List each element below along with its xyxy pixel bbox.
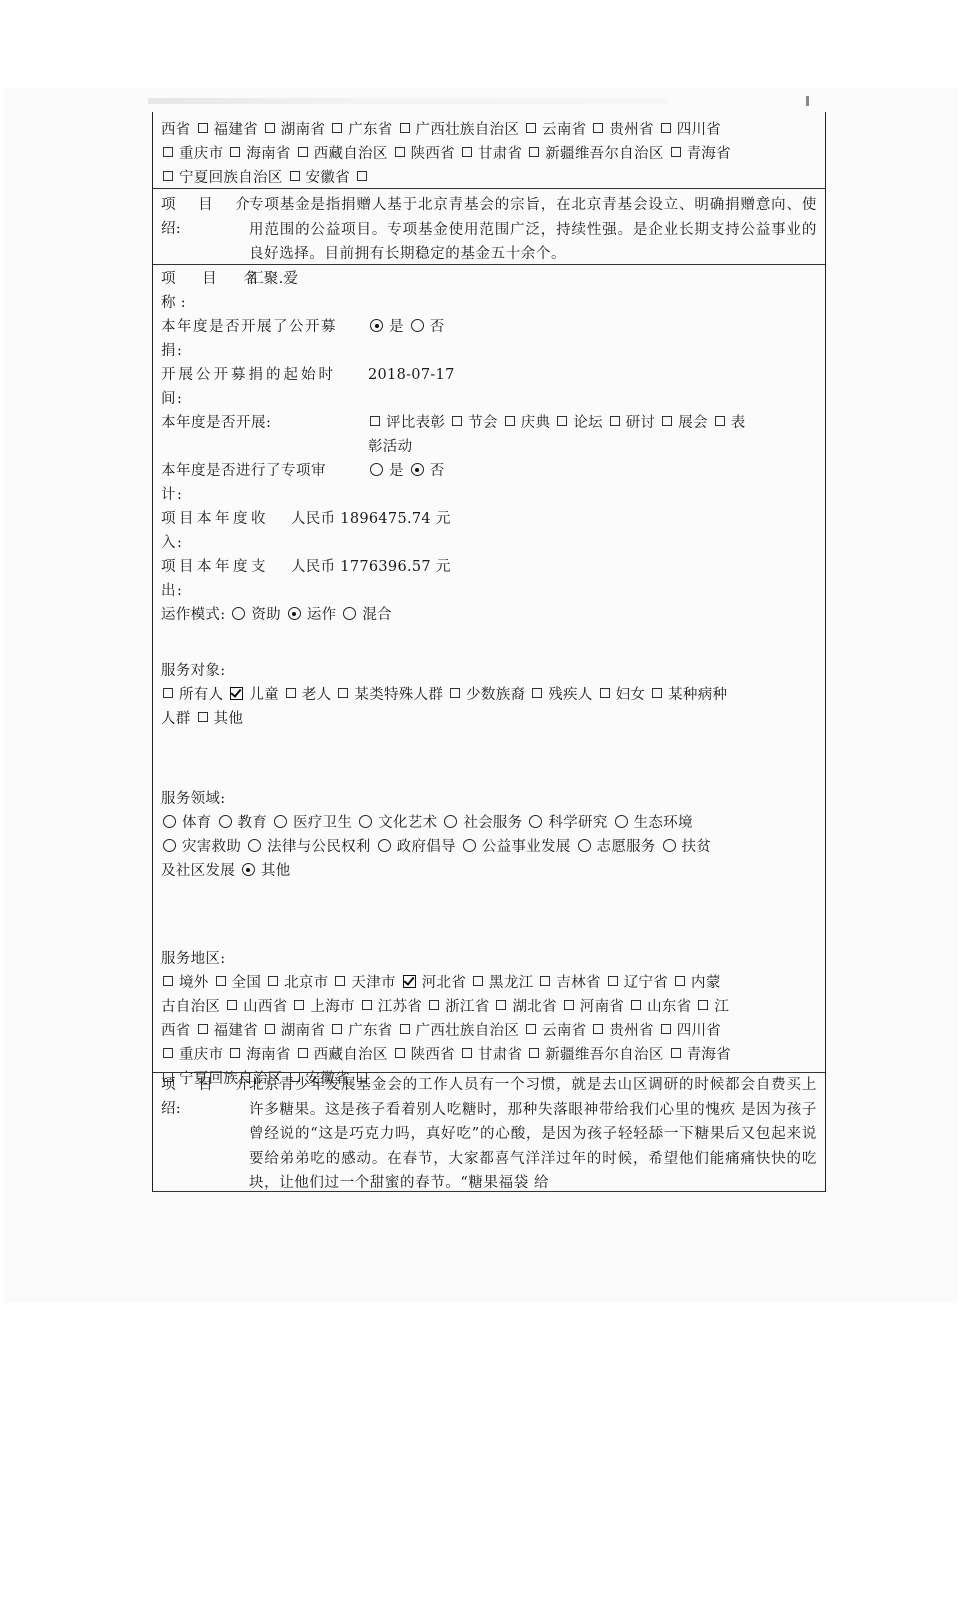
radio-empty-icon[interactable] — [663, 839, 676, 852]
checkbox-empty-icon[interactable] — [557, 416, 567, 426]
option-label: 境外 — [179, 975, 209, 991]
checkbox-empty-icon[interactable] — [593, 123, 603, 133]
checkbox-empty-icon[interactable] — [631, 1000, 641, 1010]
option-label: 展会 — [678, 415, 708, 431]
radio-selected-icon[interactable] — [242, 863, 255, 876]
option-label: 山东省 — [647, 999, 691, 1015]
checkbox-option[interactable]: 妇女 — [598, 687, 651, 703]
checkbox-option[interactable]: 新疆维吾尔自治区 — [527, 146, 668, 162]
option-label: 公益事业发展 — [482, 839, 571, 855]
fundraising-start-value: 2018-07-17 — [368, 363, 817, 387]
checkbox-option[interactable]: 湖南省 — [263, 1023, 330, 1039]
public-fundraising-label-cont: 捐: — [161, 339, 361, 363]
option-label: 广东省 — [348, 122, 392, 138]
option-label: 妇女 — [616, 687, 646, 703]
radio-empty-icon[interactable] — [370, 463, 383, 476]
checkbox-empty-icon[interactable] — [395, 147, 405, 157]
checkbox-empty-icon[interactable] — [462, 147, 472, 157]
project-name-label: 项 目 名 — [161, 267, 253, 291]
intro-label: 项 目 介 — [161, 193, 253, 217]
radio-option[interactable]: 灾害救助 — [161, 839, 246, 855]
option-label: 医疗卫生 — [293, 815, 352, 831]
radio-option[interactable]: 生态环境 — [613, 815, 693, 831]
option-label: 海南省 — [246, 146, 290, 162]
checkbox-empty-icon[interactable] — [163, 1048, 173, 1058]
option-label: 江苏省 — [378, 999, 422, 1015]
checkbox-empty-icon[interactable] — [661, 123, 671, 133]
option-label: 黑龙江 — [489, 975, 533, 991]
wrapped-text: 西省 — [161, 1023, 196, 1039]
checkbox-empty-icon[interactable] — [286, 688, 296, 698]
option-label: 古自治区 — [161, 999, 220, 1015]
checkbox-option[interactable]: 所有人 — [161, 687, 228, 703]
beneficiaries-options-cont: 人群 其他 — [161, 707, 817, 731]
option-label: 新疆维吾尔自治区 — [545, 146, 663, 162]
service-fields-other: 其他 — [240, 863, 291, 879]
wrapped-text: 西省 — [161, 122, 196, 138]
radio-option[interactable]: 志愿服务 — [576, 839, 661, 855]
checkbox-option[interactable]: 儿童 — [228, 687, 284, 703]
radio-empty-icon[interactable] — [444, 815, 457, 828]
radio-option[interactable]: 法律与公民权利 — [246, 839, 376, 855]
operation-mode: 运作模式: 资助 运作 混合 — [161, 603, 817, 627]
option-label: 陕西省 — [411, 146, 455, 162]
radio-empty-icon[interactable] — [274, 815, 287, 828]
option-label: 浙江省 — [445, 999, 489, 1015]
checkbox-option[interactable]: 老人 — [284, 687, 337, 703]
checkbox-empty-icon[interactable] — [452, 416, 462, 426]
option-label: 四川省 — [677, 1023, 721, 1039]
option-label: 运作 — [307, 607, 337, 623]
checkbox-empty-icon[interactable] — [462, 1048, 472, 1058]
option-label: 所有人 — [179, 687, 223, 703]
project-info-table: 西省 福建省 湖南省 广东省 广西壮族自治区 云南省 贵州省 四川省 重庆市 海… — [152, 112, 826, 1192]
checkbox-empty-icon[interactable] — [496, 1000, 506, 1010]
radio-empty-icon[interactable] — [529, 815, 542, 828]
checkbox-empty-icon[interactable] — [230, 147, 240, 157]
checkbox-empty-icon[interactable] — [400, 1024, 410, 1034]
checkbox-empty-icon[interactable] — [298, 147, 308, 157]
operation-mode-label: 运作模式: — [161, 607, 225, 623]
radio-option[interactable]: 教育 — [217, 815, 273, 831]
public-fundraising-options: 是 否 — [368, 315, 817, 339]
wrapped-text: 古自治区 — [161, 999, 225, 1015]
radio-empty-icon[interactable] — [219, 815, 232, 828]
option-label: 庆典 — [521, 415, 551, 431]
option-label: 灾害救助 — [182, 839, 241, 855]
option-label: 上海市 — [310, 999, 354, 1015]
special-audit-label-cont: 计: — [161, 483, 361, 507]
region-line: 宁夏回族自治区 安徽省 — [161, 166, 817, 190]
checkbox-empty-icon[interactable] — [450, 688, 460, 698]
checkbox-empty-icon[interactable] — [715, 416, 725, 426]
option-label: 宁夏回族自治区 — [179, 170, 283, 186]
checkbox-empty-icon[interactable] — [227, 1000, 237, 1010]
checkbox-empty-icon[interactable] — [268, 976, 278, 986]
checkbox-empty-icon[interactable] — [564, 1000, 574, 1010]
checkbox-option[interactable]: 贵州省 — [591, 122, 658, 138]
checkbox-empty-icon[interactable] — [362, 1000, 372, 1010]
radio-selected-icon[interactable] — [411, 463, 424, 476]
checkbox-option[interactable]: 广西壮族自治区 — [398, 1023, 525, 1039]
beneficiaries-options: 所有人 儿童 老人 某类特殊人群 少数族裔 残疾人 妇女 某种病种 — [161, 683, 817, 707]
checkbox-option[interactable]: 某类特殊人群 — [336, 687, 448, 703]
project-intro-row: 项 目 介 绍: 专项基金是指捐赠人基于北京青基会的宗旨，在北京青基会设立、明确… — [153, 188, 825, 264]
option-label: 云南省 — [542, 122, 586, 138]
checkbox-option[interactable]: 研讨 — [608, 415, 661, 431]
checkbox-empty-icon[interactable] — [429, 1000, 439, 1010]
option-label: 节会 — [468, 415, 498, 431]
checkbox-option[interactable]: 福建省 — [196, 1023, 263, 1039]
option-label: 贵州省 — [609, 122, 653, 138]
option-label: 儿童 — [249, 687, 279, 703]
option-label: 评比表彰 — [386, 415, 445, 431]
option-label: 否 — [430, 319, 445, 335]
checkbox-empty-icon[interactable] — [662, 416, 672, 426]
option-label: 扶贫 — [682, 839, 712, 855]
option-label: 表 — [731, 415, 746, 431]
option-label: 广东省 — [348, 1023, 392, 1039]
checkbox-option[interactable]: 青海省 — [669, 1047, 731, 1063]
region-line: 重庆市 海南省 西藏自治区 陕西省 甘肃省 新疆维吾尔自治区 青海省 — [161, 142, 817, 166]
checkbox-option[interactable]: 某种病种 — [650, 687, 727, 703]
option-label: 内蒙 — [691, 975, 721, 991]
option-label: 安徽省 — [306, 170, 350, 186]
radio-empty-icon[interactable] — [411, 319, 424, 332]
radio-empty-icon[interactable] — [163, 839, 176, 852]
checkbox-empty-icon[interactable] — [265, 1024, 275, 1034]
region-line: 境外 全国 北京市 天津市 河北省 黑龙江 吉林省 辽宁省 内蒙 — [161, 971, 817, 995]
option-label: 是 — [389, 319, 404, 335]
checkbox-empty-icon[interactable] — [529, 147, 539, 157]
checkbox-empty-icon[interactable] — [198, 712, 208, 722]
checkbox-empty-icon[interactable] — [600, 688, 610, 698]
operation-mode-options: 资助 运作 混合 — [230, 607, 392, 623]
option-label: 少数族裔 — [466, 687, 525, 703]
checkbox-option[interactable]: 山东省 — [629, 999, 696, 1015]
option-label: 甘肃省 — [478, 1047, 522, 1063]
checkbox-empty-icon[interactable] — [265, 123, 275, 133]
checkbox-option[interactable]: 表 — [713, 415, 746, 431]
checkbox-option[interactable]: 山西省 — [225, 999, 292, 1015]
option-label: 某类特殊人群 — [354, 687, 443, 703]
project-name-label-cont: 称 : — [161, 291, 253, 315]
checkbox-option[interactable]: 北京市 — [266, 975, 333, 991]
intro-label: 项 目 介 — [161, 1073, 253, 1097]
region-line: 西省 福建省 湖南省 广东省 广西壮族自治区 云南省 贵州省 四川省 — [161, 1019, 817, 1043]
radio-option[interactable]: 医疗卫生 — [272, 815, 357, 831]
checkbox-empty-icon[interactable] — [400, 123, 410, 133]
checkbox-option[interactable]: 云南省 — [524, 1023, 591, 1039]
checkbox-empty-icon[interactable] — [610, 416, 620, 426]
option-label: 西藏自治区 — [314, 146, 388, 162]
radio-empty-icon[interactable] — [232, 607, 245, 620]
radio-empty-icon[interactable] — [163, 815, 176, 828]
checkbox-empty-icon[interactable] — [198, 1024, 208, 1034]
project-details-row: 项 目 名 汇聚.爱 称 : 本年度是否开展了公开募 是 否 捐: 开展公开募捐… — [153, 264, 825, 1072]
option-label: 法律与公民权利 — [267, 839, 371, 855]
beneficiaries-label: 服务对象: — [161, 659, 817, 683]
checkbox-checked-icon[interactable] — [230, 687, 243, 700]
checkbox-empty-icon[interactable] — [163, 147, 173, 157]
checkbox-option[interactable]: 甘肃省 — [460, 146, 527, 162]
checkbox-option[interactable]: 甘肃省 — [460, 1047, 527, 1063]
checkbox-empty-icon[interactable] — [671, 147, 681, 157]
checkbox-option[interactable]: 全国 — [214, 975, 267, 991]
option-label: 生态环境 — [634, 815, 693, 831]
option-label: 政府倡导 — [397, 839, 456, 855]
checkbox-option[interactable]: 重庆市 — [161, 1047, 228, 1063]
checkbox-empty-icon[interactable] — [230, 1048, 240, 1058]
radio-option[interactable]: 资助 — [230, 607, 286, 623]
radio-option[interactable]: 否 — [409, 319, 445, 335]
radio-option[interactable]: 政府倡导 — [376, 839, 461, 855]
checkbox-empty-icon[interactable] — [163, 688, 173, 698]
checkbox-empty-icon[interactable] — [294, 1000, 304, 1010]
checkbox-option[interactable]: 云南省 — [524, 122, 591, 138]
option-label: 残疾人 — [548, 687, 592, 703]
checkbox-option[interactable]: 江 — [696, 999, 729, 1015]
checkbox-option[interactable]: 境外 — [161, 975, 214, 991]
checkbox-option[interactable]: 海南省 — [228, 1047, 295, 1063]
option-label: 重庆市 — [179, 1047, 223, 1063]
checkbox-option[interactable]: 安徽省 — [288, 170, 355, 186]
region-continuation-row: 西省 福建省 湖南省 广东省 广西壮族自治区 云南省 贵州省 四川省 重庆市 海… — [153, 112, 825, 188]
radio-option[interactable]: 运作 — [286, 607, 342, 623]
checkbox-option[interactable]: 评比表彰 — [368, 415, 450, 431]
service-fields-wrap-text: 及社区发展 — [161, 863, 235, 879]
checkbox-empty-icon[interactable] — [529, 1048, 539, 1058]
option-label: 河北省 — [422, 975, 466, 991]
checkbox-empty-icon[interactable] — [198, 123, 208, 133]
checkbox-option[interactable]: 吉林省 — [538, 975, 605, 991]
annual-expense-label-cont: 出: — [161, 579, 361, 603]
annual-income-label-cont: 入: — [161, 531, 361, 555]
radio-option[interactable]: 体育 — [161, 815, 217, 831]
checkbox-empty-icon[interactable] — [675, 976, 685, 986]
checkbox-empty-icon[interactable] — [593, 1024, 603, 1034]
checkbox-empty-icon[interactable] — [698, 1000, 708, 1010]
option-label: 西省 — [161, 1023, 191, 1039]
option-label: 老人 — [302, 687, 332, 703]
checkbox-empty-icon[interactable] — [526, 1024, 536, 1034]
checkbox-option[interactable]: 辽宁省 — [606, 975, 673, 991]
checkbox-empty-icon[interactable] — [338, 688, 348, 698]
checkbox-option[interactable]: 湖北省 — [494, 999, 561, 1015]
checkbox-empty-icon[interactable] — [163, 976, 173, 986]
scan-artifact-mark — [806, 96, 809, 106]
checkbox-option[interactable]: 湖南省 — [263, 122, 330, 138]
checkbox-empty-icon[interactable] — [332, 1024, 342, 1034]
option-label: 否 — [430, 463, 445, 479]
option-label: 广西壮族自治区 — [416, 1023, 520, 1039]
checkbox-option[interactable]: 江苏省 — [360, 999, 427, 1015]
service-fields-options: 体育 教育 医疗卫生 文化艺术 社会服务 科学研究 生态环境 — [161, 811, 817, 835]
checkbox-empty-icon[interactable] — [370, 416, 380, 426]
radio-empty-icon[interactable] — [343, 607, 356, 620]
radio-option[interactable]: 公益事业发展 — [461, 839, 576, 855]
radio-option[interactable]: 社会服务 — [442, 815, 527, 831]
option-label: 广西壮族自治区 — [416, 122, 520, 138]
checkbox-option[interactable]: 黑龙江 — [471, 975, 538, 991]
checkbox-option[interactable]: 四川省 — [659, 1023, 721, 1039]
checkbox-option[interactable]: 庆典 — [503, 415, 556, 431]
checkbox-empty-icon[interactable] — [661, 1024, 671, 1034]
option-label: 云南省 — [542, 1023, 586, 1039]
radio-empty-icon[interactable] — [359, 815, 372, 828]
checkbox-empty-icon[interactable] — [473, 976, 483, 986]
beneficiaries-wrap-text: 人群 — [161, 711, 191, 727]
checkbox-option[interactable]: 河南省 — [562, 999, 629, 1015]
checkbox-option[interactable]: 内蒙 — [673, 975, 721, 991]
option-label: 重庆市 — [179, 146, 223, 162]
radio-option[interactable]: 扶贫 — [661, 839, 712, 855]
checkbox-empty-icon[interactable] — [608, 976, 618, 986]
checkbox-empty-icon[interactable] — [332, 123, 342, 133]
public-fundraising-label: 本年度是否开展了公开募 — [161, 315, 361, 339]
checkbox-empty-icon[interactable] — [290, 171, 300, 181]
checkbox-option[interactable]: 浙江省 — [427, 999, 494, 1015]
radio-empty-icon[interactable] — [615, 815, 628, 828]
option-label: 辽宁省 — [624, 975, 668, 991]
checkbox-option[interactable]: 陕西省 — [393, 1047, 460, 1063]
option-label: 研讨 — [626, 415, 656, 431]
special-audit-options: 是 否 — [368, 459, 817, 483]
radio-empty-icon[interactable] — [463, 839, 476, 852]
option-label: 四川省 — [677, 122, 721, 138]
checkbox-option[interactable] — [355, 170, 373, 186]
checkbox-empty-icon[interactable] — [163, 171, 173, 181]
radio-option[interactable]: 文化艺术 — [357, 815, 442, 831]
option-label: 福建省 — [214, 122, 258, 138]
checkbox-option[interactable]: 河北省 — [401, 975, 471, 991]
checkbox-option[interactable]: 广东省 — [330, 122, 397, 138]
option-label: 其他 — [214, 711, 244, 727]
radio-option[interactable]: 是 — [368, 319, 409, 335]
special-audit-label: 本年度是否进行了专项审 — [161, 459, 361, 483]
checkbox-empty-icon[interactable] — [216, 976, 226, 986]
checkbox-empty-icon[interactable] — [357, 171, 367, 181]
option-label: 文化艺术 — [378, 815, 437, 831]
option-label: 天津市 — [351, 975, 395, 991]
checkbox-option[interactable]: 新疆维吾尔自治区 — [527, 1047, 668, 1063]
checkbox-empty-icon[interactable] — [540, 976, 550, 986]
annual-income-value: 人民币 1896475.74 元 — [291, 507, 451, 531]
checkbox-empty-icon[interactable] — [335, 976, 345, 986]
radio-selected-icon[interactable] — [288, 607, 301, 620]
option-label: 全国 — [232, 975, 262, 991]
activities-options: 评比表彰 节会 庆典 论坛 研讨 展会 表 — [368, 411, 817, 435]
option-label: 湖南省 — [281, 1023, 325, 1039]
checkbox-option[interactable]: 宁夏回族自治区 — [161, 170, 288, 186]
checkbox-option[interactable]: 西藏自治区 — [296, 1047, 393, 1063]
activities-options-cont: 彰活动 — [368, 435, 817, 459]
checkbox-empty-icon[interactable] — [652, 688, 662, 698]
intro-label-cont: 绍: — [161, 1097, 253, 1121]
radio-option[interactable]: 混合 — [341, 607, 392, 623]
option-label: 海南省 — [246, 1047, 290, 1063]
radio-empty-icon[interactable] — [578, 839, 591, 852]
scan-artifact — [148, 98, 668, 104]
beneficiaries-other: 其他 — [196, 711, 244, 727]
checkbox-empty-icon[interactable] — [505, 416, 515, 426]
intro-label-cont: 绍: — [161, 217, 253, 241]
fundraising-start-label-cont: 间: — [161, 387, 361, 411]
option-label: 河南省 — [580, 999, 624, 1015]
radio-empty-icon[interactable] — [378, 839, 391, 852]
option-label: 其他 — [261, 863, 291, 879]
option-label: 青海省 — [687, 146, 731, 162]
option-label: 吉林省 — [556, 975, 600, 991]
option-label: 志愿服务 — [597, 839, 656, 855]
option-label: 混合 — [362, 607, 392, 623]
radio-option[interactable]: 科学研究 — [527, 815, 612, 831]
checkbox-option[interactable]: 上海市 — [292, 999, 359, 1015]
checkbox-option[interactable]: 节会 — [450, 415, 503, 431]
checkbox-option[interactable]: 四川省 — [659, 122, 721, 138]
radio-empty-icon[interactable] — [248, 839, 261, 852]
option-label: 青海省 — [687, 1047, 731, 1063]
checkbox-option[interactable]: 贵州省 — [591, 1023, 658, 1039]
option-label: 某种病种 — [668, 687, 727, 703]
option-label: 社会服务 — [463, 815, 522, 831]
option-label: 西藏自治区 — [314, 1047, 388, 1063]
checkbox-empty-icon[interactable] — [532, 688, 542, 698]
option-label: 湖南省 — [281, 122, 325, 138]
checkbox-option[interactable]: 其他 — [196, 711, 244, 727]
checkbox-option[interactable]: 少数族裔 — [448, 687, 530, 703]
checkbox-option[interactable]: 陕西省 — [393, 146, 460, 162]
checkbox-option[interactable]: 展会 — [660, 415, 713, 431]
fundraising-start-label: 开展公开募捐的起始时 — [161, 363, 361, 387]
radio-option[interactable]: 其他 — [240, 863, 291, 879]
checkbox-option[interactable]: 福建省 — [196, 122, 263, 138]
option-label: 体育 — [182, 815, 212, 831]
checkbox-option[interactable]: 广西壮族自治区 — [398, 122, 525, 138]
checkbox-option[interactable]: 论坛 — [555, 415, 608, 431]
service-fields-options-cont2: 及社区发展 其他 — [161, 859, 817, 883]
option-label: 山西省 — [243, 999, 287, 1015]
radio-option[interactable]: 是 — [368, 463, 409, 479]
checkbox-option[interactable]: 残疾人 — [530, 687, 597, 703]
checkbox-empty-icon[interactable] — [671, 1048, 681, 1058]
radio-selected-icon[interactable] — [370, 319, 383, 332]
checkbox-empty-icon[interactable] — [526, 123, 536, 133]
checkbox-option[interactable]: 西藏自治区 — [296, 146, 393, 162]
option-label: 科学研究 — [548, 815, 607, 831]
option-label: 江 — [714, 999, 729, 1015]
service-fields-options-cont: 灾害救助 法律与公民权利 政府倡导 公益事业发展 志愿服务 扶贫 — [161, 835, 817, 859]
service-fields-label: 服务领域: — [161, 787, 817, 811]
option-label: 论坛 — [573, 415, 603, 431]
checkbox-option[interactable]: 广东省 — [330, 1023, 397, 1039]
region-line: 古自治区 山西省 上海市 江苏省 浙江省 湖北省 河南省 山东省 江 — [161, 995, 817, 1019]
checkbox-option[interactable]: 重庆市 — [161, 146, 228, 162]
service-regions-label: 服务地区: — [161, 947, 817, 971]
option-label: 新疆维吾尔自治区 — [545, 1047, 663, 1063]
radio-option[interactable]: 否 — [409, 463, 445, 479]
checkbox-empty-icon[interactable] — [395, 1048, 405, 1058]
checkbox-empty-icon[interactable] — [298, 1048, 308, 1058]
option-label: 福建省 — [214, 1023, 258, 1039]
option-label: 是 — [389, 463, 404, 479]
checkbox-option[interactable]: 海南省 — [228, 146, 295, 162]
checkbox-checked-icon[interactable] — [403, 975, 416, 988]
checkbox-option[interactable]: 天津市 — [333, 975, 400, 991]
checkbox-option[interactable]: 青海省 — [669, 146, 731, 162]
region-line: 重庆市 海南省 西藏自治区 陕西省 甘肃省 新疆维吾尔自治区 青海省 — [161, 1043, 817, 1067]
activities-label: 本年度是否开展: — [161, 411, 361, 435]
